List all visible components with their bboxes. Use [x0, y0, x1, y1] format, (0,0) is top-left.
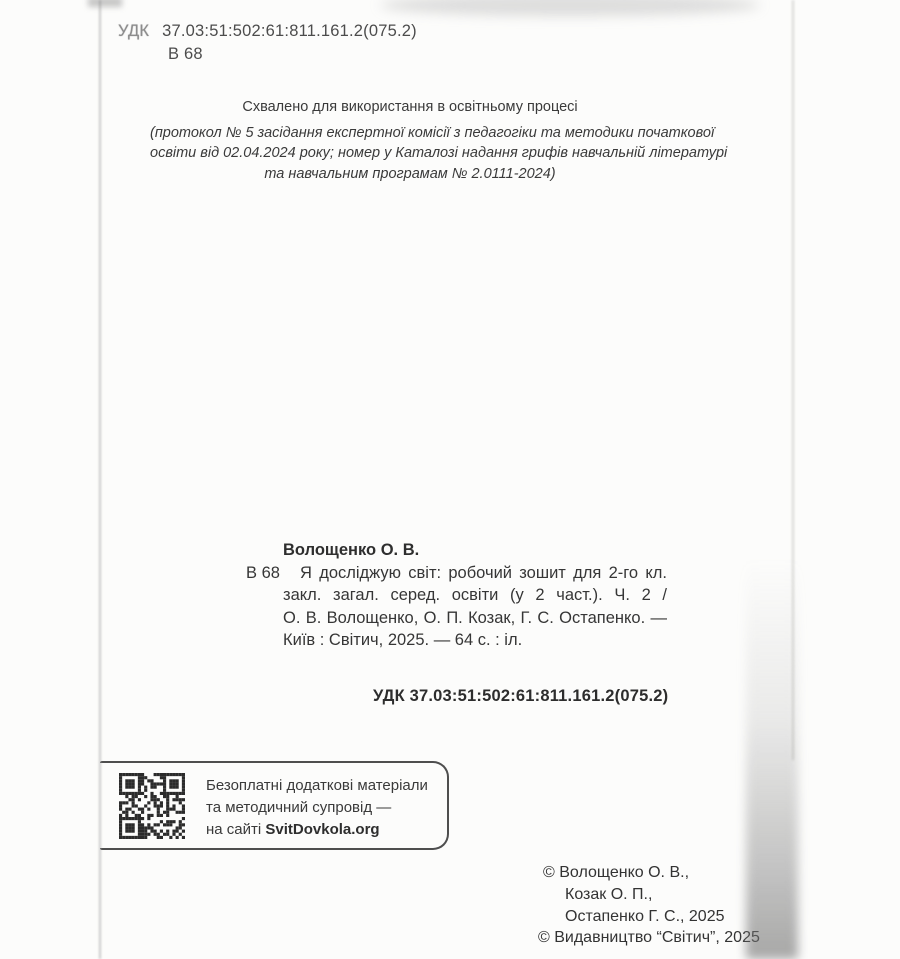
scan-smudge — [380, 0, 760, 16]
scan-shadow — [746, 560, 798, 959]
site-prefix: на сайті — [206, 821, 265, 838]
book-code: В 68 — [168, 43, 417, 66]
udc-label: УДК — [118, 22, 149, 40]
bib-line: закл. загал. серед. освіти (у 2 част.). … — [246, 584, 667, 607]
materials-line: та методичний супровід — — [206, 797, 428, 819]
copyright-block: © Волощенко О. В., Козак О. П., Остапенк… — [538, 862, 760, 949]
udc-number: 37.03:51:502:61:811.161.2(075.2) — [162, 22, 417, 40]
copyright-line: Козак О. П., — [538, 884, 760, 906]
udc-number-line: УДК37.03:51:502:61:811.161.2(075.2) — [118, 20, 417, 43]
free-materials-box: Безоплатні додаткові матеріали та методи… — [100, 761, 449, 850]
approval-block: Схвалено для використання в освітньому п… — [150, 97, 670, 184]
copyright-line: © Волощенко О. В., — [538, 862, 760, 884]
copyright-line: © Видавництво “Світич”, 2025 — [538, 927, 760, 949]
page-left-edge-line — [99, 0, 101, 959]
materials-line: на сайті SvitDovkola.org — [206, 819, 428, 841]
approval-protocol-line: освіти від 02.04.2024 року; номер у Ката… — [150, 143, 670, 164]
materials-line: Безоплатні додаткові матеріали — [206, 775, 428, 797]
approval-protocol-line: (протокол № 5 засідання експертної коміс… — [150, 123, 670, 144]
bib-line: Я досліджую світ: робочий зошит для 2-го… — [300, 562, 667, 585]
udc-classification-block: УДК37.03:51:502:61:811.161.2(075.2) В 68 — [118, 20, 417, 66]
qr-code-icon — [119, 773, 185, 839]
bib-line: Київ : Світич, 2025. — 64 с. : іл. — [246, 629, 667, 652]
copyright-line: Остапенко Г. С., 2025 — [538, 906, 760, 928]
free-materials-text: Безоплатні додаткові матеріали та методи… — [206, 775, 428, 841]
udc-bold-line: УДК 37.03:51:502:61:811.161.2(075.2) — [373, 687, 668, 706]
book-code: В 68 — [246, 562, 280, 585]
scanned-book-page: УДК37.03:51:502:61:811.161.2(075.2) В 68… — [0, 0, 900, 959]
bib-line: О. В. Волощенко, О. П. Козак, Г. С. Оста… — [246, 607, 667, 630]
site-name: SvitDovkola.org — [265, 821, 379, 838]
bibliographic-description: Волощенко О. В. В 68 Я досліджую світ: р… — [246, 539, 667, 652]
approval-title: Схвалено для використання в освітньому п… — [150, 97, 670, 118]
author-heading: Волощенко О. В. — [246, 539, 667, 562]
scan-smudge — [88, 0, 122, 7]
approval-protocol-line: та навчальним програмам № 2.0111-2024) — [150, 164, 670, 185]
